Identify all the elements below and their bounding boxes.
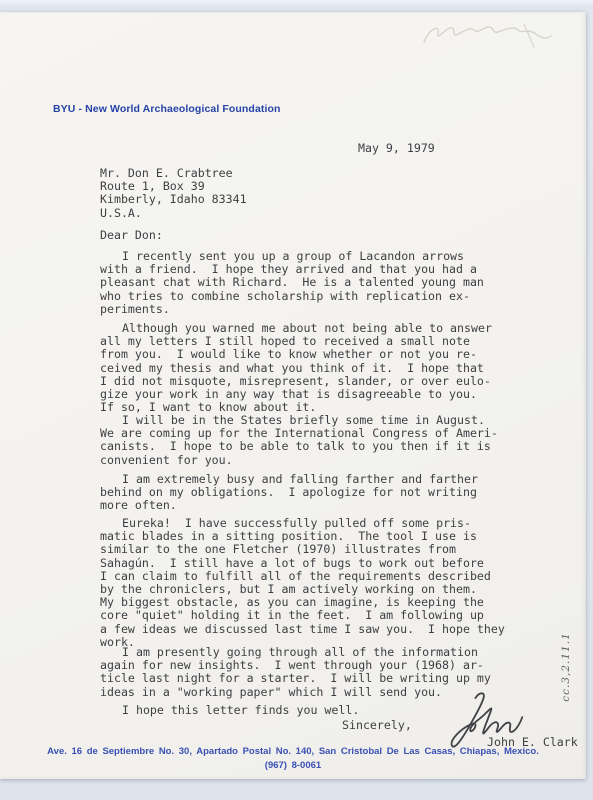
paragraph-4: I am extremely busy and falling farther …: [100, 473, 478, 513]
paragraph-3: I will be in the States briefly some tim…: [100, 414, 498, 467]
vertical-catalog-annotation: cc.3,2.11.1: [560, 632, 574, 702]
faint-pencil-scribble: [420, 20, 565, 54]
footer-address: Ave. 16 de Septiembre No. 30, Apartado P…: [0, 746, 586, 757]
closing: Sincerely,: [342, 719, 412, 732]
paragraph-6: I am presently going through all of the …: [100, 646, 491, 699]
letter-paper: BYU - New World Archaeological Foundatio…: [0, 12, 586, 779]
letterhead-title: BYU - New World Archaeological Foundatio…: [53, 103, 281, 115]
paragraph-7: I hope this letter finds you well.: [100, 704, 359, 717]
recipient-address: Mr. Don E. Crabtree Route 1, Box 39 Kimb…: [100, 167, 247, 220]
paragraph-5: Eureka! I have successfully pulled off s…: [100, 517, 505, 649]
paragraph-1: I recently sent you up a group of Lacand…: [100, 250, 484, 316]
paragraph-2: Although you warned me about not being a…: [100, 322, 492, 414]
footer-phone: (967) 8-0061: [0, 760, 586, 771]
salutation: Dear Don:: [100, 229, 163, 242]
letter-date: May 9, 1979: [358, 142, 435, 155]
